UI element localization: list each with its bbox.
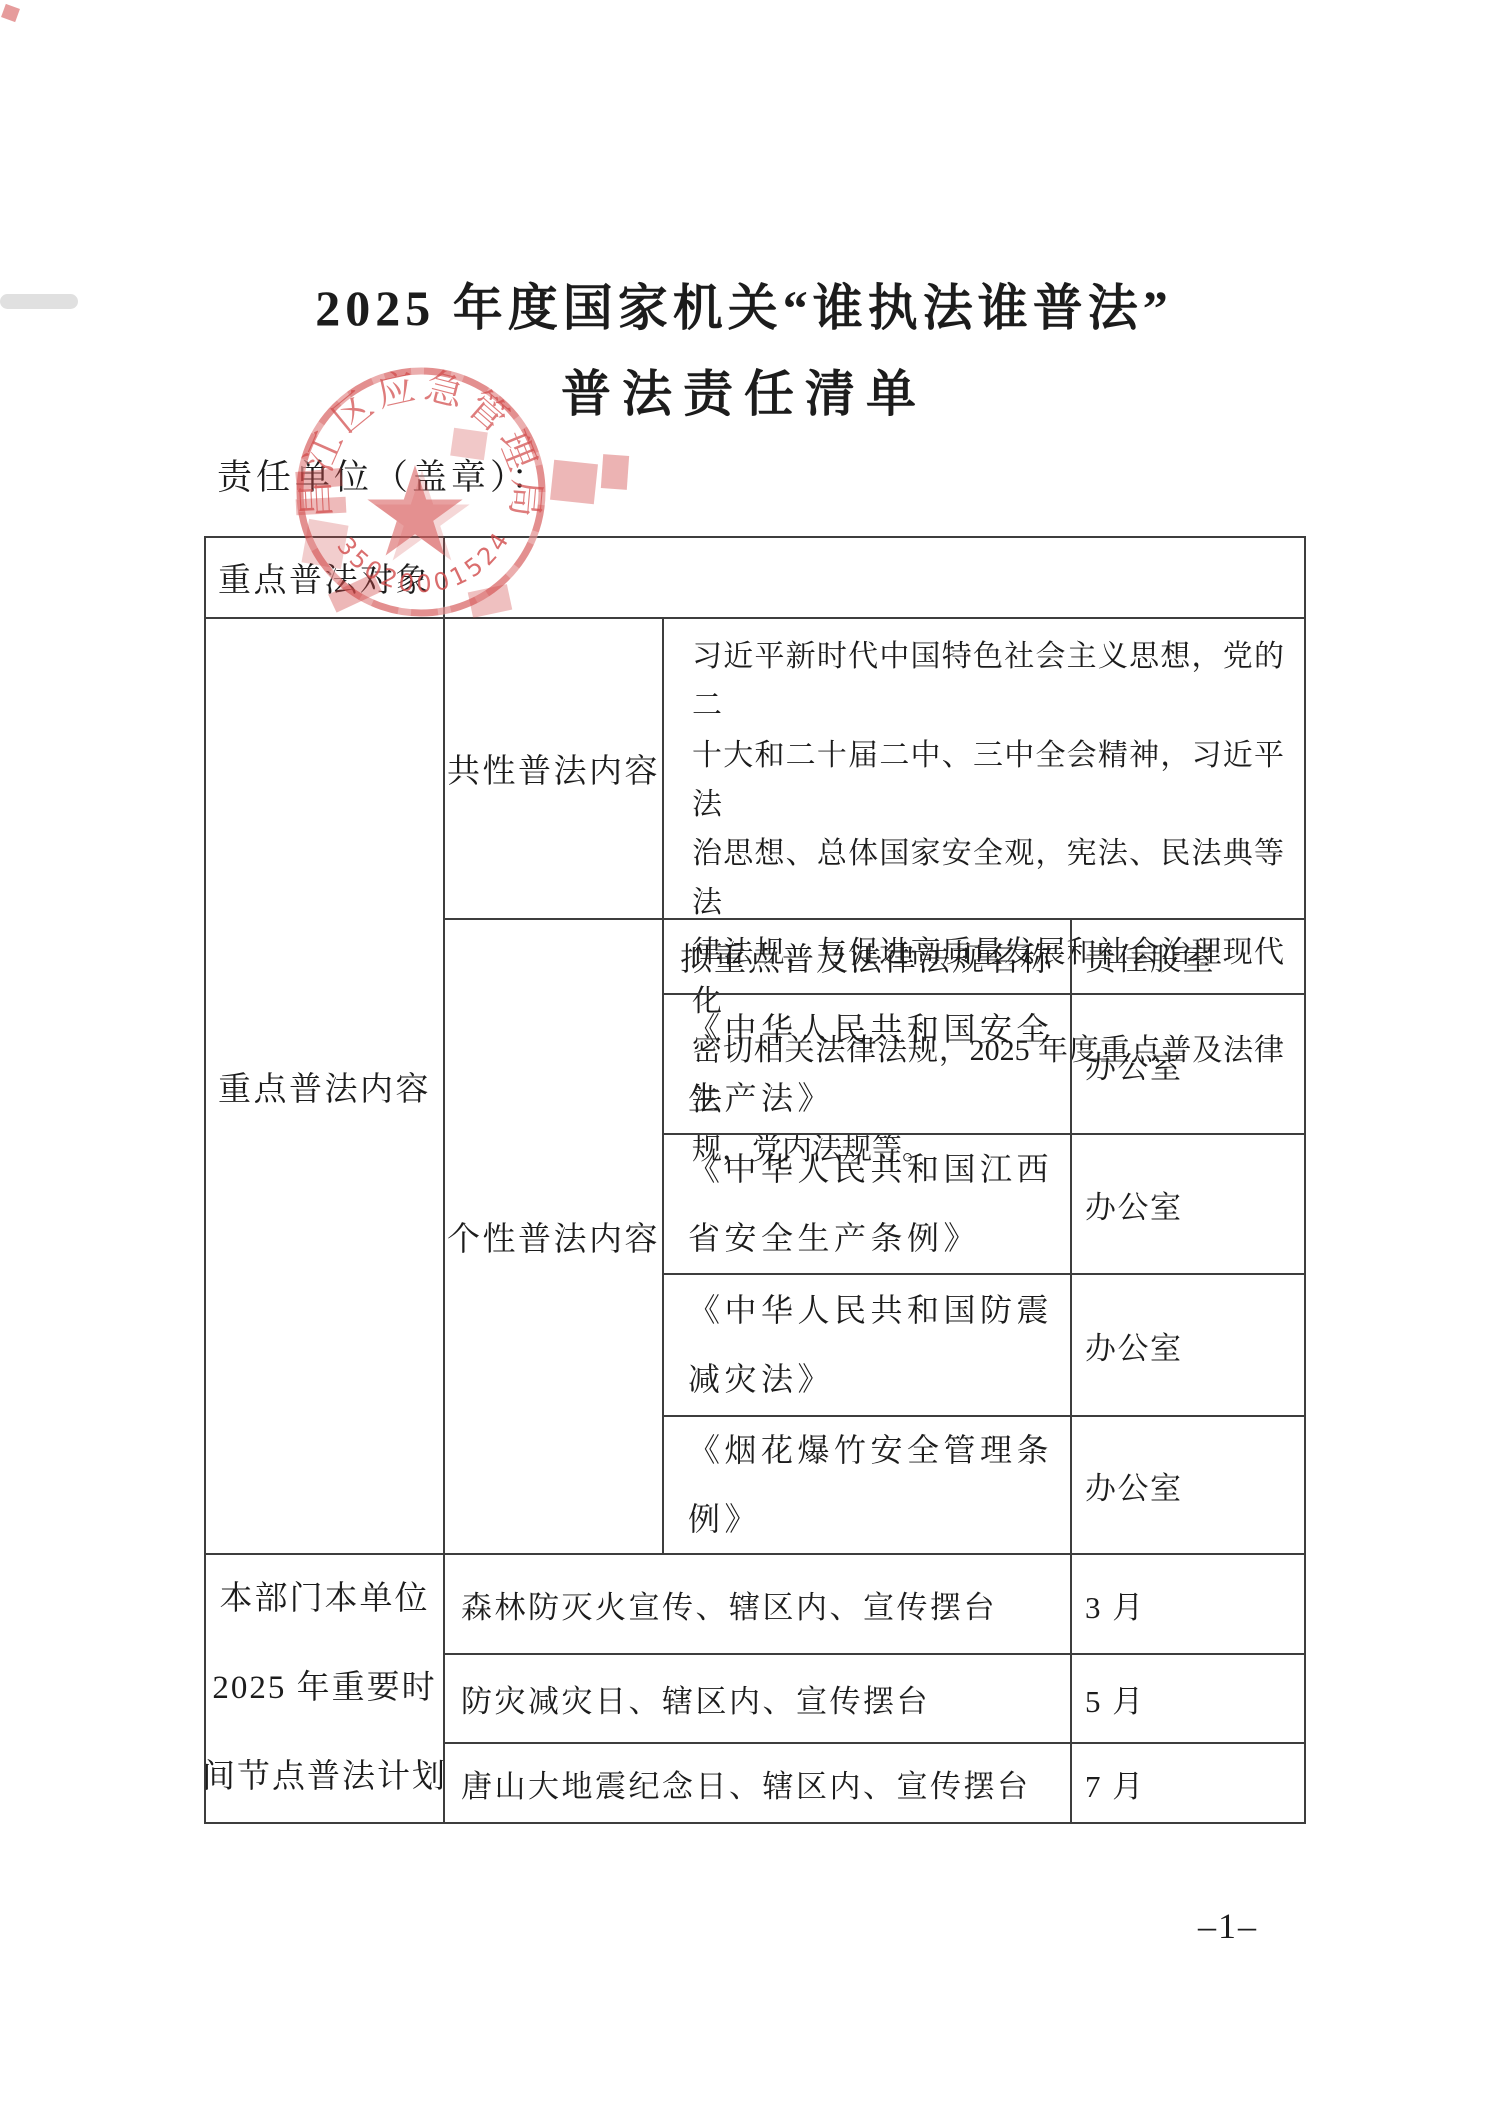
schedule-label-line: 间节点普法计划 <box>202 1733 447 1822</box>
cell-law-name: 《中华人民共和国江西 省安全生产条例》 <box>664 1135 1072 1275</box>
common-text-line: 十大和二十届二中、三中全会精神，习近平法 <box>692 731 1284 830</box>
law-name-line: 省安全生产条例》 <box>688 1204 1070 1273</box>
law-name-line: 减灾法》 <box>688 1345 1070 1414</box>
law-name-line: 《中华人民共和国江西 <box>688 1135 1070 1204</box>
common-text-line: 治思想、总体国家安全观，宪法、民法典等法 <box>692 829 1284 928</box>
law-name-line: 《中华人民共和国安全 <box>688 995 1070 1064</box>
cell-dept: 办公室 <box>1072 1275 1304 1417</box>
schedule-label-line: 本部门本单位 <box>220 1555 430 1644</box>
law-name-line: 《中华人民共和国防震 <box>688 1276 1070 1345</box>
cell-schedule-event: 防灾减灾日、辖区内、宣传摆台 <box>445 1655 1072 1744</box>
cell-common-label: 共性普法内容 <box>445 619 664 920</box>
document-page: 2025 年度国家机关“谁执法谁普法” 普法责任清单 责任单位（盖章）： 重点普… <box>0 0 1488 2104</box>
cell-schedule-event: 森林防灭火宣传、辖区内、宣传摆台 <box>445 1555 1072 1655</box>
cell-dept-header: 责任股室 <box>1072 920 1304 995</box>
responsible-unit-caption: 责任单位（盖章）： <box>217 450 551 500</box>
document-title-line2: 普法责任清单 <box>0 354 1488 426</box>
cell-schedule-event: 唐山大地震纪念日、辖区内、宣传摆台 <box>445 1744 1072 1822</box>
schedule-label-line: 2025 年重要时 <box>212 1644 436 1733</box>
cell-schedule-month: 3 月 <box>1072 1555 1304 1655</box>
cell-target-value-empty <box>445 538 1304 619</box>
cell-common-text: 习近平新时代中国特色社会主义思想，党的二 十大和二十届二中、三中全会精神，习近平… <box>664 619 1304 920</box>
page-number: –1– <box>1198 1905 1258 1947</box>
cell-law-name: 《烟花爆竹安全管理条 例》 <box>664 1417 1072 1555</box>
cell-dept: 办公室 <box>1072 995 1304 1135</box>
common-text-line: 习近平新时代中国特色社会主义思想，党的二 <box>692 632 1284 731</box>
law-name-line: 生产法》 <box>688 1064 1070 1133</box>
law-name-line: 例》 <box>688 1485 1070 1554</box>
cell-dept: 办公室 <box>1072 1135 1304 1275</box>
cell-schedule-month: 7 月 <box>1072 1744 1304 1822</box>
cell-content-section-label: 重点普法内容 <box>206 619 445 1555</box>
cell-law-name: 《中华人民共和国防震 减灾法》 <box>664 1275 1072 1417</box>
cell-schedule-label: 本部门本单位 2025 年重要时 间节点普法计划 <box>206 1555 445 1822</box>
document-title-line1: 2025 年度国家机关“谁执法谁普法” <box>0 268 1488 340</box>
law-name-line: 《烟花爆竹安全管理条 <box>688 1416 1070 1485</box>
responsibility-table: 重点普法对象 重点普法内容 共性普法内容 习近平新时代中国特色社会主义思想，党的… <box>204 536 1306 1824</box>
cell-schedule-month: 5 月 <box>1072 1655 1304 1744</box>
cell-specific-label: 个性普法内容 <box>445 920 664 1555</box>
scan-artifact-red-speck <box>1 4 20 22</box>
cell-law-name: 《中华人民共和国安全 生产法》 <box>664 995 1072 1135</box>
cell-law-name-header: 拟重点普及法律法规名称 <box>664 920 1072 995</box>
scan-artifact-gray-streak <box>0 294 78 309</box>
cell-target-label: 重点普法对象 <box>206 538 445 619</box>
cell-dept: 办公室 <box>1072 1417 1304 1555</box>
